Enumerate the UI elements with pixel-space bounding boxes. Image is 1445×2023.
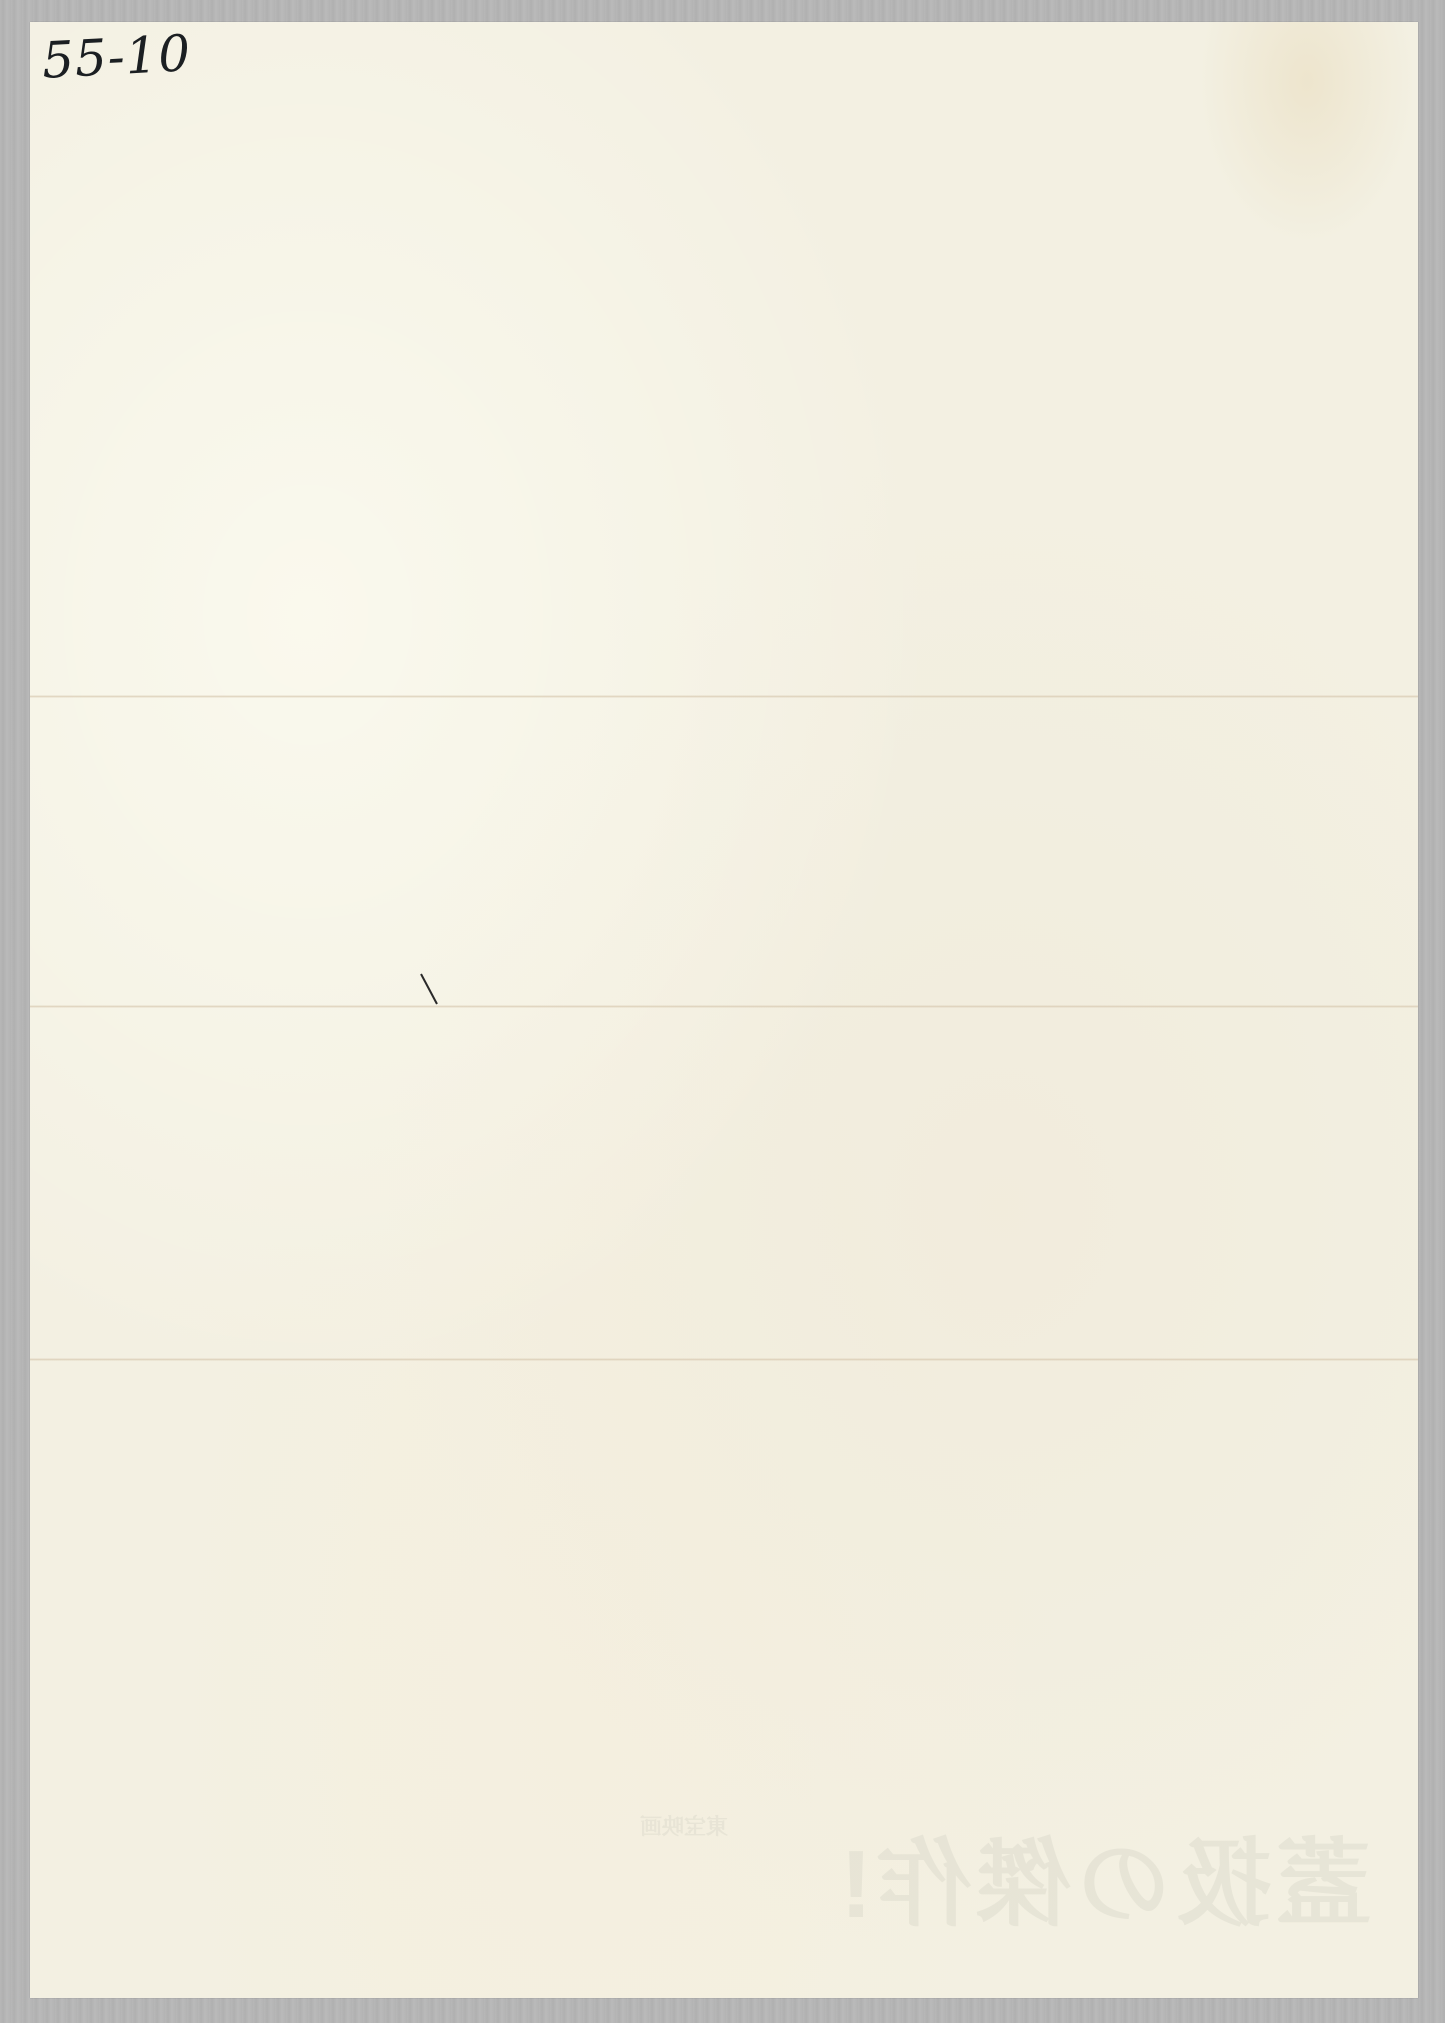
fold-line	[30, 695, 1418, 698]
handwritten-catalog-number: 55-10	[41, 24, 193, 90]
fold-line	[30, 1005, 1418, 1008]
bleed-through-title: 蓋扱の傑作!	[836, 1808, 1372, 1945]
bleed-through-subtext: 東宝映画	[640, 1810, 728, 1841]
fold-line	[30, 1358, 1418, 1361]
paper-sheet	[30, 22, 1418, 1998]
